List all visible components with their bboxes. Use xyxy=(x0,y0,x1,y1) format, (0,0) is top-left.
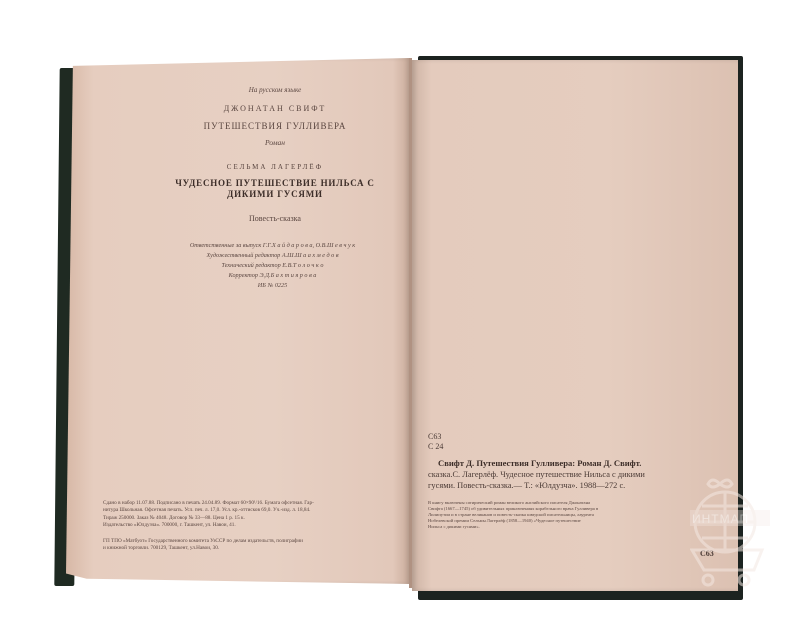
imprint-block: Сдано в набор 11.07.88. Подписано в печа… xyxy=(103,500,383,530)
author-lagerlof: СЕЛЬМА ЛАГЕРЛЁФ xyxy=(150,163,400,171)
credit-line: Ответственные за выпуск Г.Г.Х а й д а р … xyxy=(140,242,405,249)
title-nils-line2: ДИКИМИ ГУСЯМИ xyxy=(150,189,400,199)
cart-globe-icon xyxy=(690,470,770,590)
credit-line: Художественный редактор А.Ш.Ш а а х м е … xyxy=(140,252,405,259)
title-gulliver: ПУТЕШЕСТВИЯ ГУЛЛИВЕРА xyxy=(150,121,400,131)
citation-line: Свифт Д. Путешествия Гулливера: Роман Д.… xyxy=(438,458,738,468)
book-gutter xyxy=(409,58,412,588)
shop-watermark-logo: ИНТМАП xyxy=(690,470,770,590)
printer-line: и книжной торговли. 700129, Ташкент, ул.… xyxy=(103,545,383,552)
annotation-block: В книгу включены сатирический роман вели… xyxy=(428,500,718,530)
credit-line: ИБ № 0225 xyxy=(140,282,405,289)
genre-novel: Роман xyxy=(150,138,400,147)
bbk-code: С 24 xyxy=(428,442,443,451)
imprint-line: Тираж 250000. Заказ № 4048. Договор № 33… xyxy=(103,515,383,522)
printer-block: ГП ТПО «Матбуот» Государственного комите… xyxy=(103,538,383,553)
udc-code: С63 xyxy=(428,432,441,441)
annotation-line: Нильса с дикими гусями». xyxy=(428,524,718,530)
author-swift: ДЖОНАТАН СВИФТ xyxy=(150,104,400,113)
credit-line: Корректор Э.Д.Б а х т и я р о в а xyxy=(140,272,405,279)
imprint-line: Издательство «Юлдузча». 700000, г. Ташке… xyxy=(103,522,383,529)
title-nils-line1: ЧУДЕСНОЕ ПУТЕШЕСТВИЕ НИЛЬСА С xyxy=(150,178,400,188)
genre-tale: Повесть-сказка xyxy=(150,214,400,223)
language-note: На русском языке xyxy=(150,86,400,94)
credit-line: Технический редактор Е.В.Т о л о ч к о xyxy=(140,262,405,269)
imprint-line: нитура Школьная. Офсетная печать. Усл. п… xyxy=(103,507,383,514)
watermark-text: ИНТМАП xyxy=(692,512,749,526)
